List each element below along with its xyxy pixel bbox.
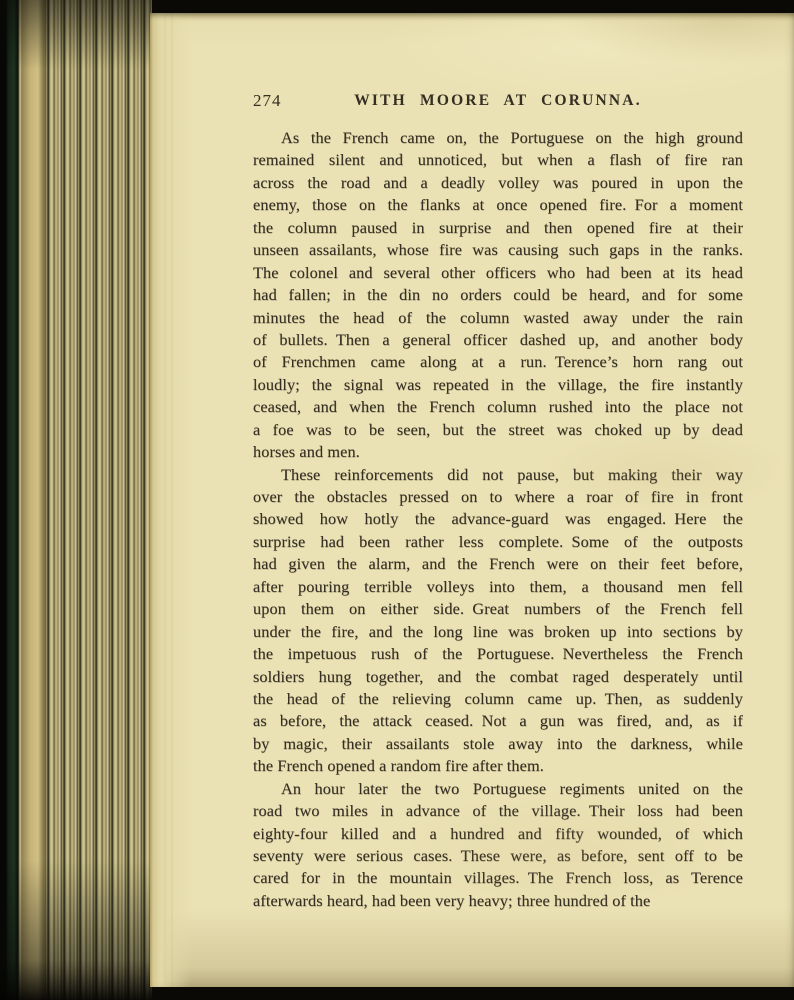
- text-line: across the road and a deadly volley was …: [253, 172, 743, 194]
- text-line: a foe was to be seen, but the street was…: [253, 419, 743, 441]
- body-text: As the French came on, the Portuguese on…: [253, 127, 743, 912]
- text-line: eighty-four killed and a hundred and fif…: [253, 823, 743, 845]
- text-line: the impetuous rush of the Portuguese. Ne…: [253, 643, 743, 665]
- paragraph: As the French came on, the Portuguese on…: [253, 127, 743, 464]
- text-line: surprise had been rather less complete. …: [253, 531, 743, 553]
- text-line: under the fire, and the long line was br…: [253, 621, 743, 643]
- paragraph: These reinforcements did not pause, but …: [253, 464, 743, 778]
- book-fore-edge-pages: [0, 0, 152, 1000]
- text-line: enemy, those on the flanks at once opene…: [253, 194, 743, 216]
- text-line: cared for in the mountain villages. The …: [253, 867, 743, 889]
- page-header: 274 WITH MOORE AT CORUNNA.: [253, 91, 743, 111]
- text-line: unseen assailants, whose fire was causin…: [253, 239, 743, 261]
- text-line: the column paused in surprise and then o…: [253, 217, 743, 239]
- text-line: loudly; the signal was repeated in the v…: [253, 374, 743, 396]
- text-line: after pouring terrible volleys into them…: [253, 576, 743, 598]
- text-line: ceased, and when the French column rushe…: [253, 396, 743, 418]
- running-title: WITH MOORE AT CORUNNA.: [253, 92, 743, 110]
- text-line: as before, the attack ceased. Not a gun …: [253, 710, 743, 732]
- text-line: horses and men.: [253, 441, 743, 463]
- text-line: the French opened a random fire after th…: [253, 755, 743, 777]
- text-line: had given the alarm, and the French were…: [253, 553, 743, 575]
- text-line: road two miles in advance of the village…: [253, 800, 743, 822]
- text-line: afterwards heard, had been very heavy; t…: [253, 890, 743, 912]
- text-line: seventy were serious cases. These were, …: [253, 845, 743, 867]
- book-page: 274 WITH MOORE AT CORUNNA. As the French…: [150, 13, 794, 987]
- text-line: remained silent and unnoticed, but when …: [253, 149, 743, 171]
- text-line: These reinforcements did not pause, but …: [253, 464, 743, 486]
- text-line: of bullets. Then a general officer dashe…: [253, 329, 743, 351]
- text-line: had fallen; in the din no orders could b…: [253, 284, 743, 306]
- text-line: of Frenchmen came along at a run. Terenc…: [253, 351, 743, 373]
- text-line: the head of the relieving column came up…: [253, 688, 743, 710]
- text-line: minutes the head of the column wasted aw…: [253, 307, 743, 329]
- page-content: 274 WITH MOORE AT CORUNNA. As the French…: [253, 91, 743, 912]
- book-scan: 274 WITH MOORE AT CORUNNA. As the French…: [0, 0, 794, 1000]
- text-line: by magic, their assailants stole away in…: [253, 733, 743, 755]
- text-line: showed how hotly the advance-guard was e…: [253, 508, 743, 530]
- text-line: upon them on either side. Great numbers …: [253, 598, 743, 620]
- paragraph: An hour later the two Portuguese regimen…: [253, 778, 743, 913]
- text-line: The colonel and several other officers w…: [253, 262, 743, 284]
- text-line: soldiers hung together, and the combat r…: [253, 666, 743, 688]
- text-line: As the French came on, the Portuguese on…: [253, 127, 743, 149]
- text-line: over the obstacles pressed on to where a…: [253, 486, 743, 508]
- text-line: An hour later the two Portuguese regimen…: [253, 778, 743, 800]
